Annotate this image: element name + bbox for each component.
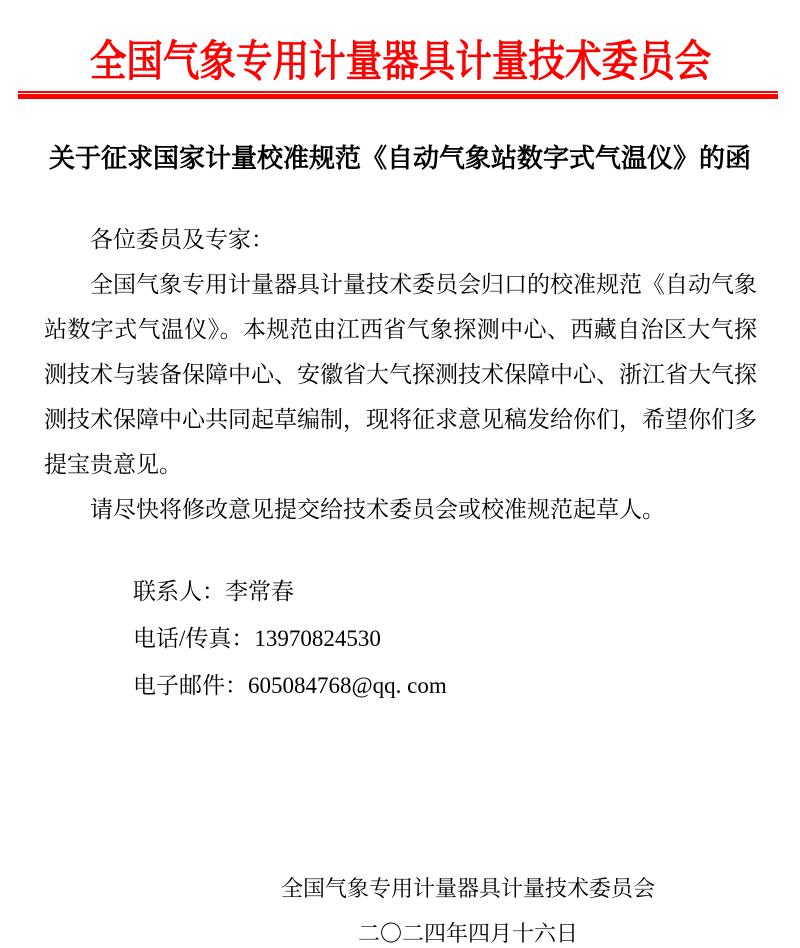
contact-phone-fax: 电话/传真：13970824530 <box>133 615 800 662</box>
signature-date: 二〇二四年四月十六日 <box>280 911 656 948</box>
contact-block: 联系人：李常春 电话/传真：13970824530 电子邮件：605084768… <box>133 568 800 709</box>
signature-org-name: 全国气象专用计量器具计量技术委员会 <box>280 866 656 911</box>
contact-person: 联系人：李常春 <box>133 568 800 615</box>
divider-thick-line <box>18 94 778 99</box>
document-title: 关于征求国家计量校准规范《自动气象站数字式气温仪》的函 <box>0 143 800 173</box>
paragraph-main: 全国气象专用计量器具计量技术委员会归口的校准规范《自动气象站数字式气温仪》。本规… <box>44 262 757 487</box>
document-page: 全国气象专用计量器具计量技术委员会 关于征求国家计量校准规范《自动气象站数字式气… <box>0 0 800 948</box>
signature-block: 全国气象专用计量器具计量技术委员会 二〇二四年四月十六日 <box>280 866 656 948</box>
letterhead-divider <box>18 91 778 99</box>
paragraph-request: 请尽快将修改意见提交给技术委员会或校准规范起草人。 <box>44 487 757 532</box>
salutation: 各位委员及专家： <box>44 217 757 262</box>
contact-email: 电子邮件：605084768@qq. com <box>133 662 800 709</box>
letterhead: 全国气象专用计量器具计量技术委员会 <box>0 0 800 88</box>
letter-body: 各位委员及专家： 全国气象专用计量器具计量技术委员会归口的校准规范《自动气象站数… <box>44 217 757 532</box>
letterhead-org-name: 全国气象专用计量器具计量技术委员会 <box>89 36 710 88</box>
